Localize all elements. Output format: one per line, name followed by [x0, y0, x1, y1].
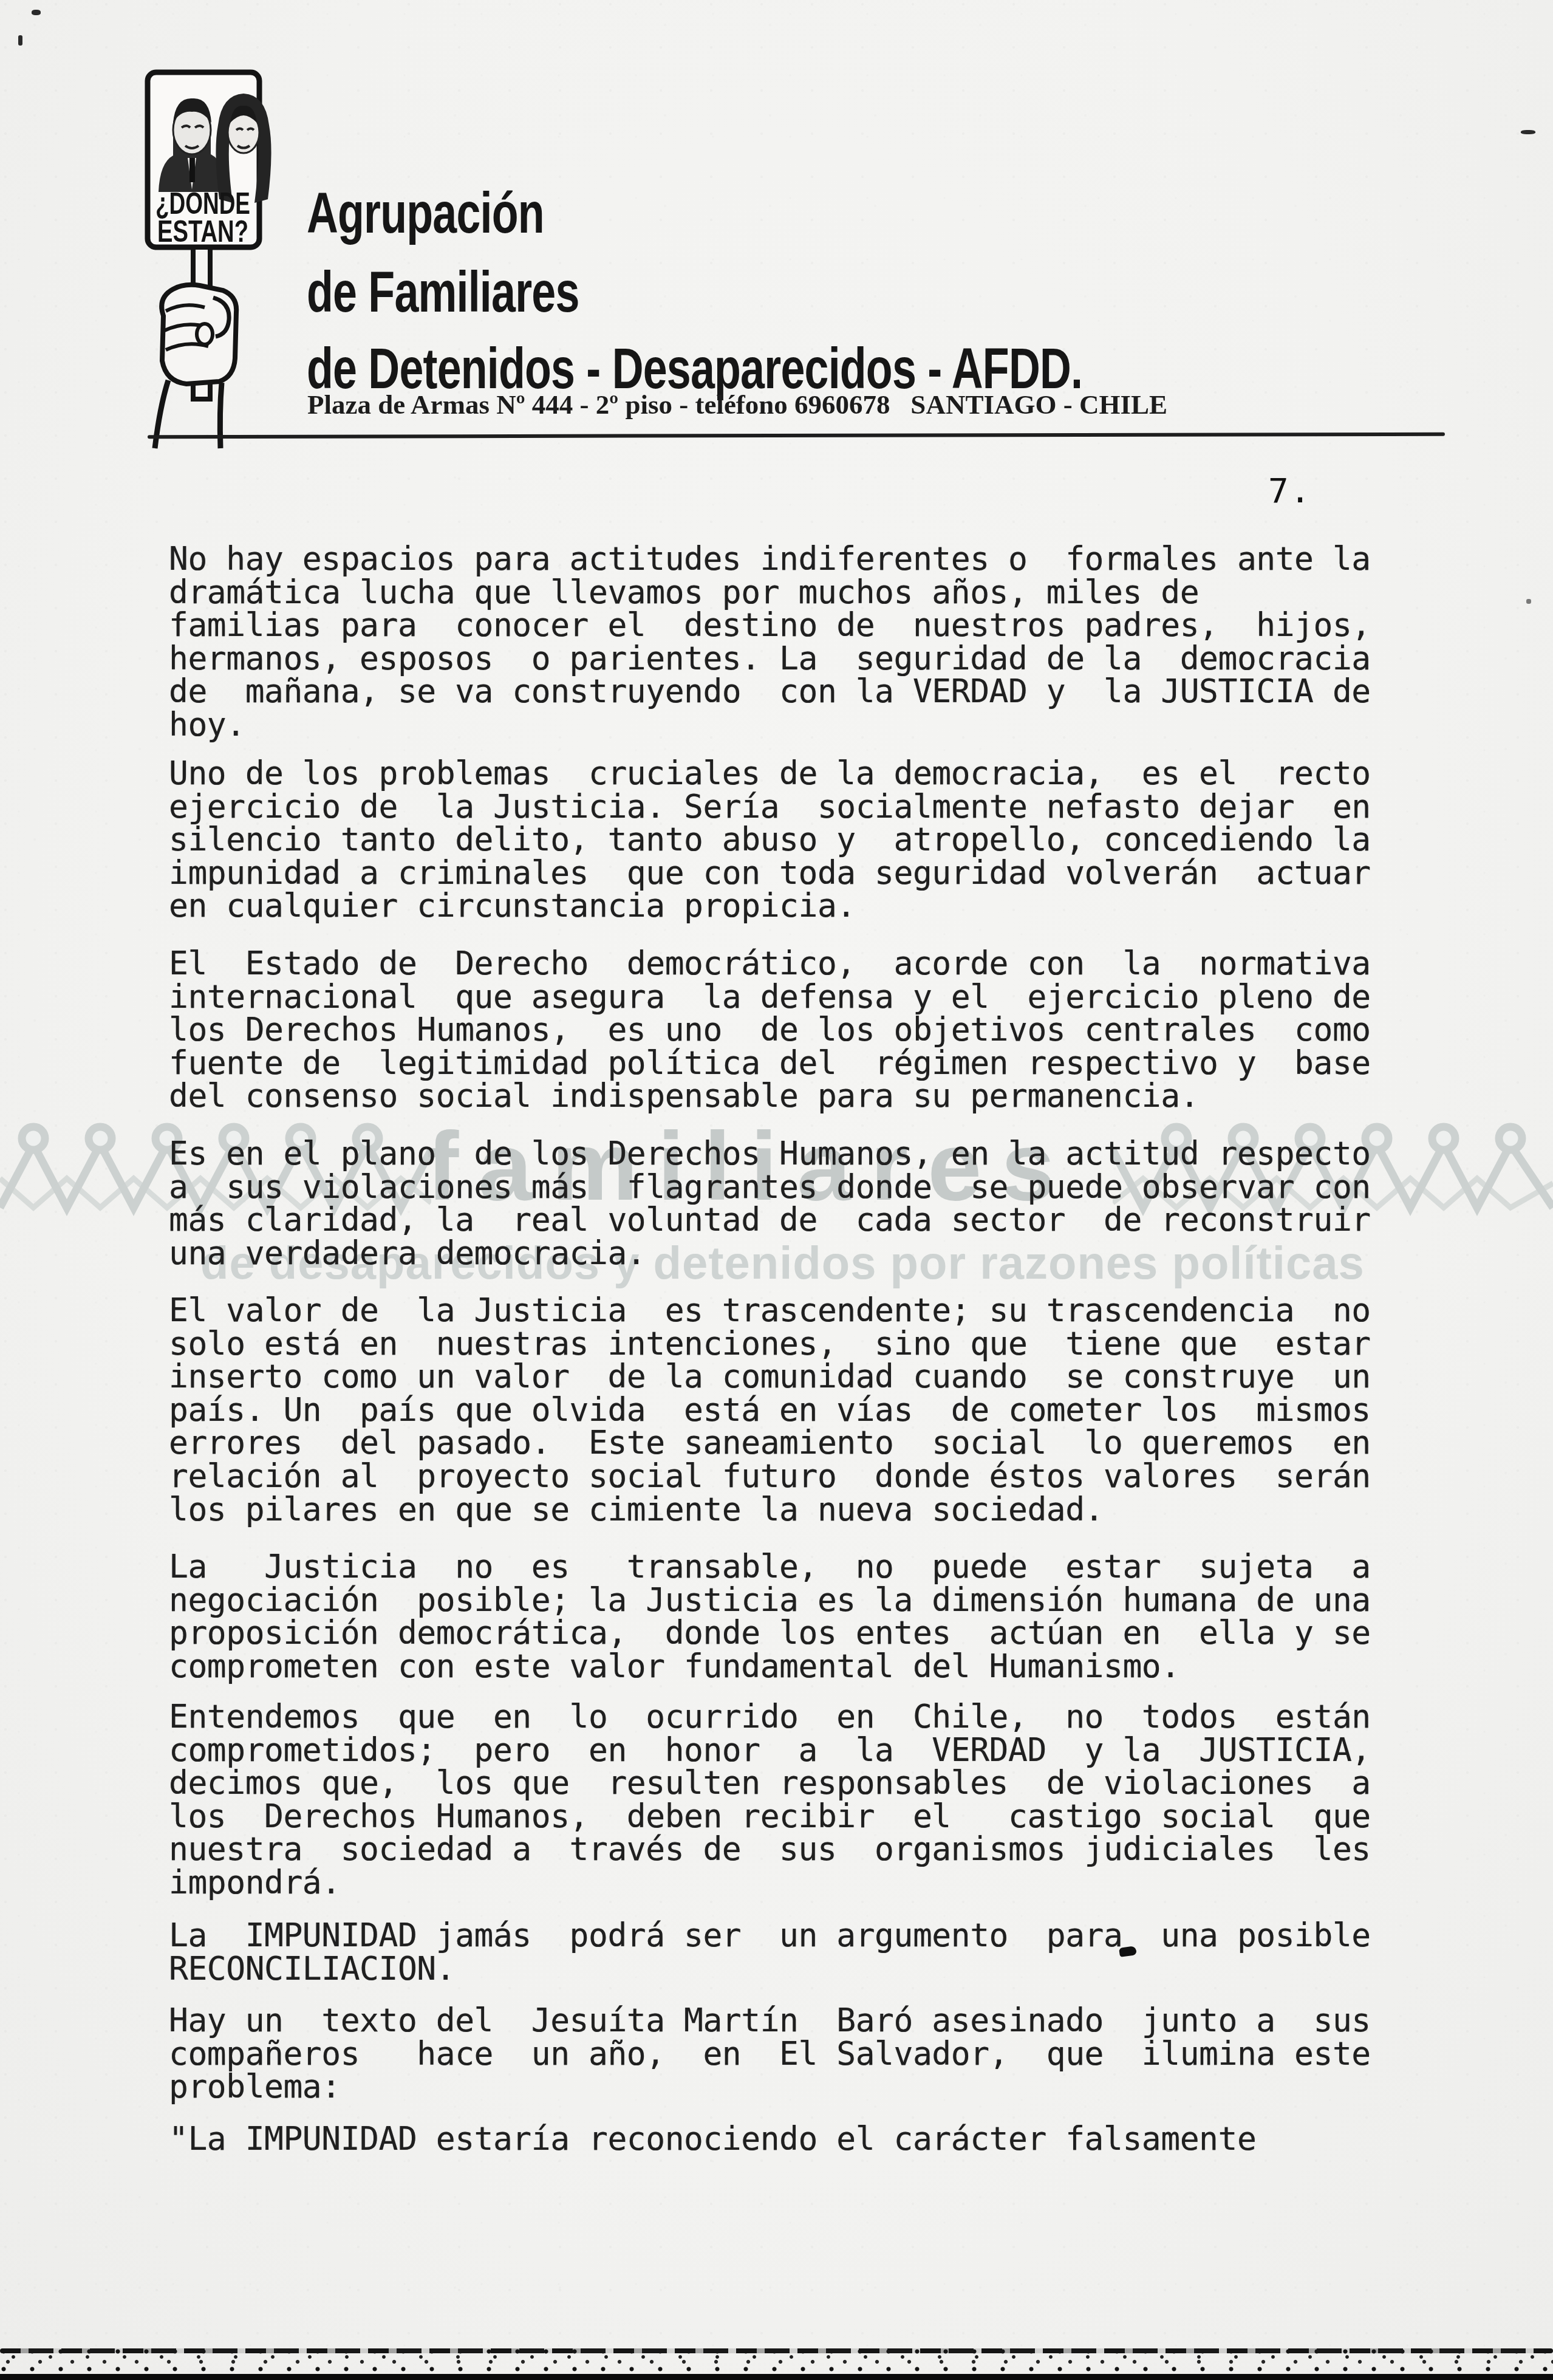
paragraph-10: "La IMPUNIDAD estaría reconociendo el ca…	[169, 2123, 1420, 2156]
paragraph-9: Hay un texto del Jesuíta Martín Baró ase…	[169, 2005, 1420, 2104]
scan-speck	[32, 10, 41, 15]
page-number: 7.	[1268, 471, 1311, 511]
paragraph-4: Es en el plano de los Derechos Humanos, …	[169, 1138, 1420, 1270]
afdd-logo: ¿DONDE ESTAN?	[142, 60, 325, 451]
header-divider-rule	[148, 433, 1445, 439]
donde-estan-sign-icon: ¿DONDE ESTAN?	[148, 72, 271, 248]
paragraph-6: La Justicia no es transable, no puede es…	[169, 1551, 1420, 1683]
scan-edge-bar	[0, 2374, 1553, 2380]
org-name-line-2: de Familiares	[307, 260, 579, 326]
paragraph-7: Entendemos que en lo ocurrido en Chile, …	[169, 1701, 1420, 1900]
scan-speck	[18, 35, 22, 46]
paragraph-3: El Estado de Derecho democrático, acorde…	[169, 948, 1420, 1113]
sign-text-estan: ESTAN?	[157, 214, 248, 248]
scan-speck	[1521, 130, 1535, 134]
paragraph-5: El valor de la Justicia es trascendente;…	[169, 1294, 1420, 1527]
org-address: Plaza de Armas Nº 444 - 2º piso - teléfo…	[307, 389, 1167, 420]
scanned-document-page: ¿DONDE ESTAN? Agrupación de Familiares	[0, 0, 1553, 2380]
paragraph-2: Uno de los problemas cruciales de la dem…	[169, 757, 1420, 923]
scan-noise-band	[0, 2348, 1553, 2376]
paragraph-1: No hay espacios para actitudes indiferen…	[169, 543, 1420, 742]
paragraph-8: La IMPUNIDAD jamás podrá ser un argument…	[169, 1920, 1420, 1986]
fist-icon	[162, 285, 236, 384]
scan-speck	[1526, 599, 1531, 604]
org-name-line-1: Agrupación	[307, 181, 544, 247]
